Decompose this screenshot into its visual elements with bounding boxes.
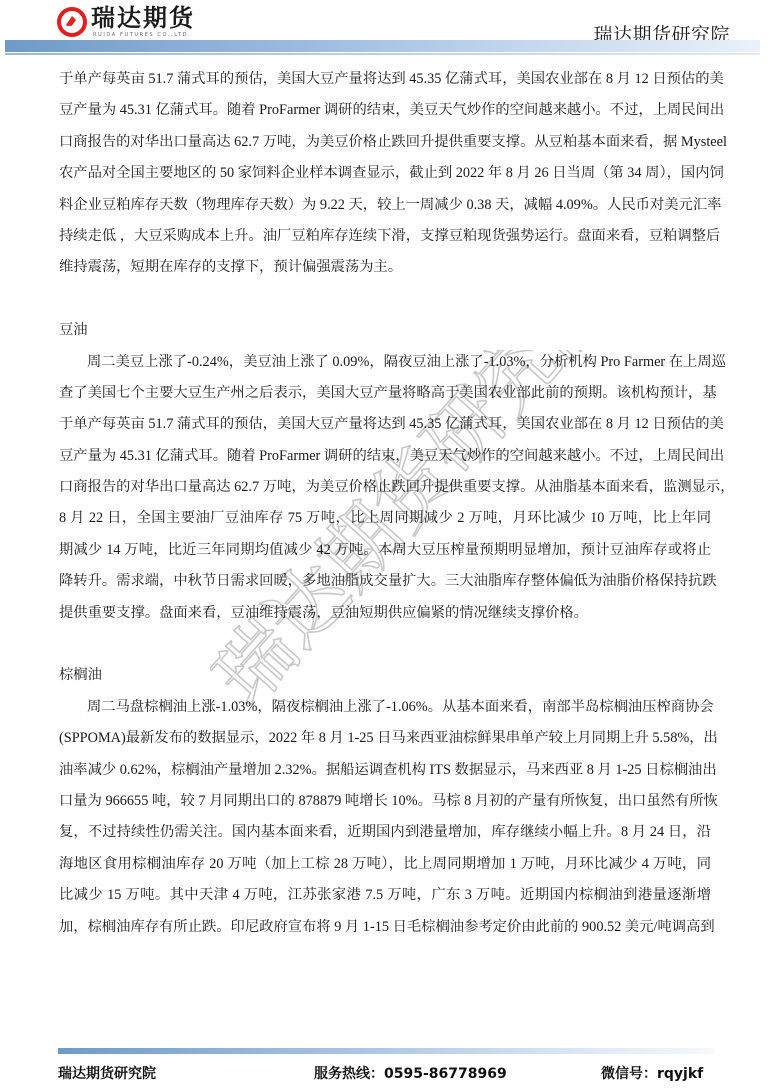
footer-hotline: 服务热线：0595-86778969 — [314, 1063, 507, 1083]
logo-chinese-name: 瑞达期货 — [91, 4, 195, 32]
section-heading-palm-oil: 棕榈油 — [59, 660, 711, 691]
ruida-logo-icon — [57, 7, 87, 37]
text-line: 维持震荡，短期在库存的支撑下，预计偏强震荡为主。 — [59, 252, 711, 283]
text-line: 于单产每英亩 51.7 蒲式耳的预估，美国大豆产量将达到 45.35 亿蒲式耳，… — [59, 409, 711, 440]
text-line: 料企业豆粕库存天数（物理库存天数）为 9.22 天，较上一周减少 0.38 天，… — [59, 190, 711, 221]
text-line: 口商报告的对华出口量高达 62.7 万吨，为美豆价格止跌回升提供重要支撑。从豆粕… — [59, 127, 711, 158]
logo-english-name: RUIDA FUTURES CO.,LTD. — [93, 32, 195, 39]
text-line: 提供重要支撑。盘面来看，豆油维持震荡，豆油短期供应偏紧的情况继续支撑价格。 — [59, 598, 711, 629]
text-line: 豆产量为 45.31 亿蒲式耳。随着 ProFarmer 调研的结束，美豆天气炒… — [59, 95, 711, 126]
text-line: 海地区食用棕榈油库存 20 万吨（加上工棕 28 万吨），比上周同期增加 1 万… — [59, 849, 711, 880]
text-line: 于单产每英亩 51.7 蒲式耳的预估，美国大豆产量将达到 45.35 亿蒲式耳，… — [59, 64, 711, 95]
footer-divider — [58, 1048, 714, 1054]
text-line: 复，不过持续性仍需关注。国内基本面来看，近期国内到港量增加，库存继续小幅上升。8… — [59, 817, 711, 848]
text-line: (SPPOMA)最新发布的数据显示，2022 年 8 月 1-25 日马来西亚油… — [59, 723, 711, 754]
text-line: 周二美豆上涨了-0.24%，美豆油上涨了 0.09%，隔夜豆油上涨了-1.03%… — [59, 347, 711, 378]
header-divider — [5, 40, 760, 52]
company-logo: 瑞达期货 RUIDA FUTURES CO.,LTD. — [57, 4, 195, 42]
text-line: 查了美国七个主要大豆生产州之后表示，美国大豆产量将略高于美国农业部此前的预期。该… — [59, 378, 711, 409]
text-line: 周二马盘棕榈油上涨-1.03%，隔夜棕榈油上涨了-1.06%。从基本面来看，南部… — [59, 692, 711, 723]
header-divider-line — [5, 53, 760, 55]
text-line: 口商报告的对华出口量高达 62.7 万吨，为美豆价格止跌回升提供重要支撑。从油脂… — [59, 472, 711, 503]
section-heading-soybean-oil: 豆油 — [59, 315, 711, 346]
text-line: 持续走低 ，大豆采购成本上升。油厂豆粕库存连续下滑，支撑豆粕现货强势运行。盘面来… — [59, 221, 711, 252]
text-line: 8 月 22 日，全国主要油厂豆油库存 75 万吨，比上周同期减少 2 万吨，月… — [59, 503, 711, 534]
text-line: 农产品对全国主要地区的 50 家饲料企业样本调查显示，截止到 2022 年 8 … — [59, 158, 711, 189]
text-line: 口量为 966655 吨，较 7 月同期出口的 878879 吨增长 10%。马… — [59, 786, 711, 817]
text-line: 比减少 15 万吨。其中天津 4 万吨，江苏张家港 7.5 万吨，广东 3 万吨… — [59, 880, 711, 911]
text-line: 豆产量为 45.31 亿蒲式耳。随着 ProFarmer 调研的结束，美豆天气炒… — [59, 441, 711, 472]
footer-org-name: 瑞达期货研究院 — [58, 1063, 156, 1083]
paragraph-palm-oil: 周二马盘棕榈油上涨-1.03%，隔夜棕榈油上涨了-1.06%。从基本面来看，南部… — [59, 692, 711, 943]
text-line: 油率减少 0.62%，棕榈油产量增加 2.32%。据船运调查机构 ITS 数据显… — [59, 755, 711, 786]
spacer — [59, 629, 711, 660]
spacer — [59, 284, 711, 315]
paragraph-soymeal-continued: 于单产每英亩 51.7 蒲式耳的预估，美国大豆产量将达到 45.35 亿蒲式耳，… — [59, 64, 711, 284]
page-footer: 瑞达期货研究院 服务热线：0595-86778969 微信号：rqyjkf — [58, 1063, 714, 1087]
text-line: 期减少 14 万吨，比近三年同期均值减少 42 万吨。本周大豆压榨量预期明显增加… — [59, 535, 711, 566]
document-body: 于单产每英亩 51.7 蒲式耳的预估，美国大豆产量将达到 45.35 亿蒲式耳，… — [59, 64, 711, 943]
text-line: 加，棕榈油库存有所止跌。印尼政府宣布将 9 月 1-15 日毛棕榈油参考定价由此… — [59, 912, 711, 943]
paragraph-soybean-oil: 周二美豆上涨了-0.24%，美豆油上涨了 0.09%，隔夜豆油上涨了-1.03%… — [59, 347, 711, 630]
footer-wechat: 微信号：rqyjkf — [601, 1063, 703, 1083]
text-line: 降转升。需求端，中秋节日需求回暖，多地油脂成交量扩大。三大油脂库存整体偏低为油脂… — [59, 566, 711, 597]
page-header: 瑞达期货 RUIDA FUTURES CO.,LTD. 瑞达期货研究院 — [0, 0, 770, 56]
